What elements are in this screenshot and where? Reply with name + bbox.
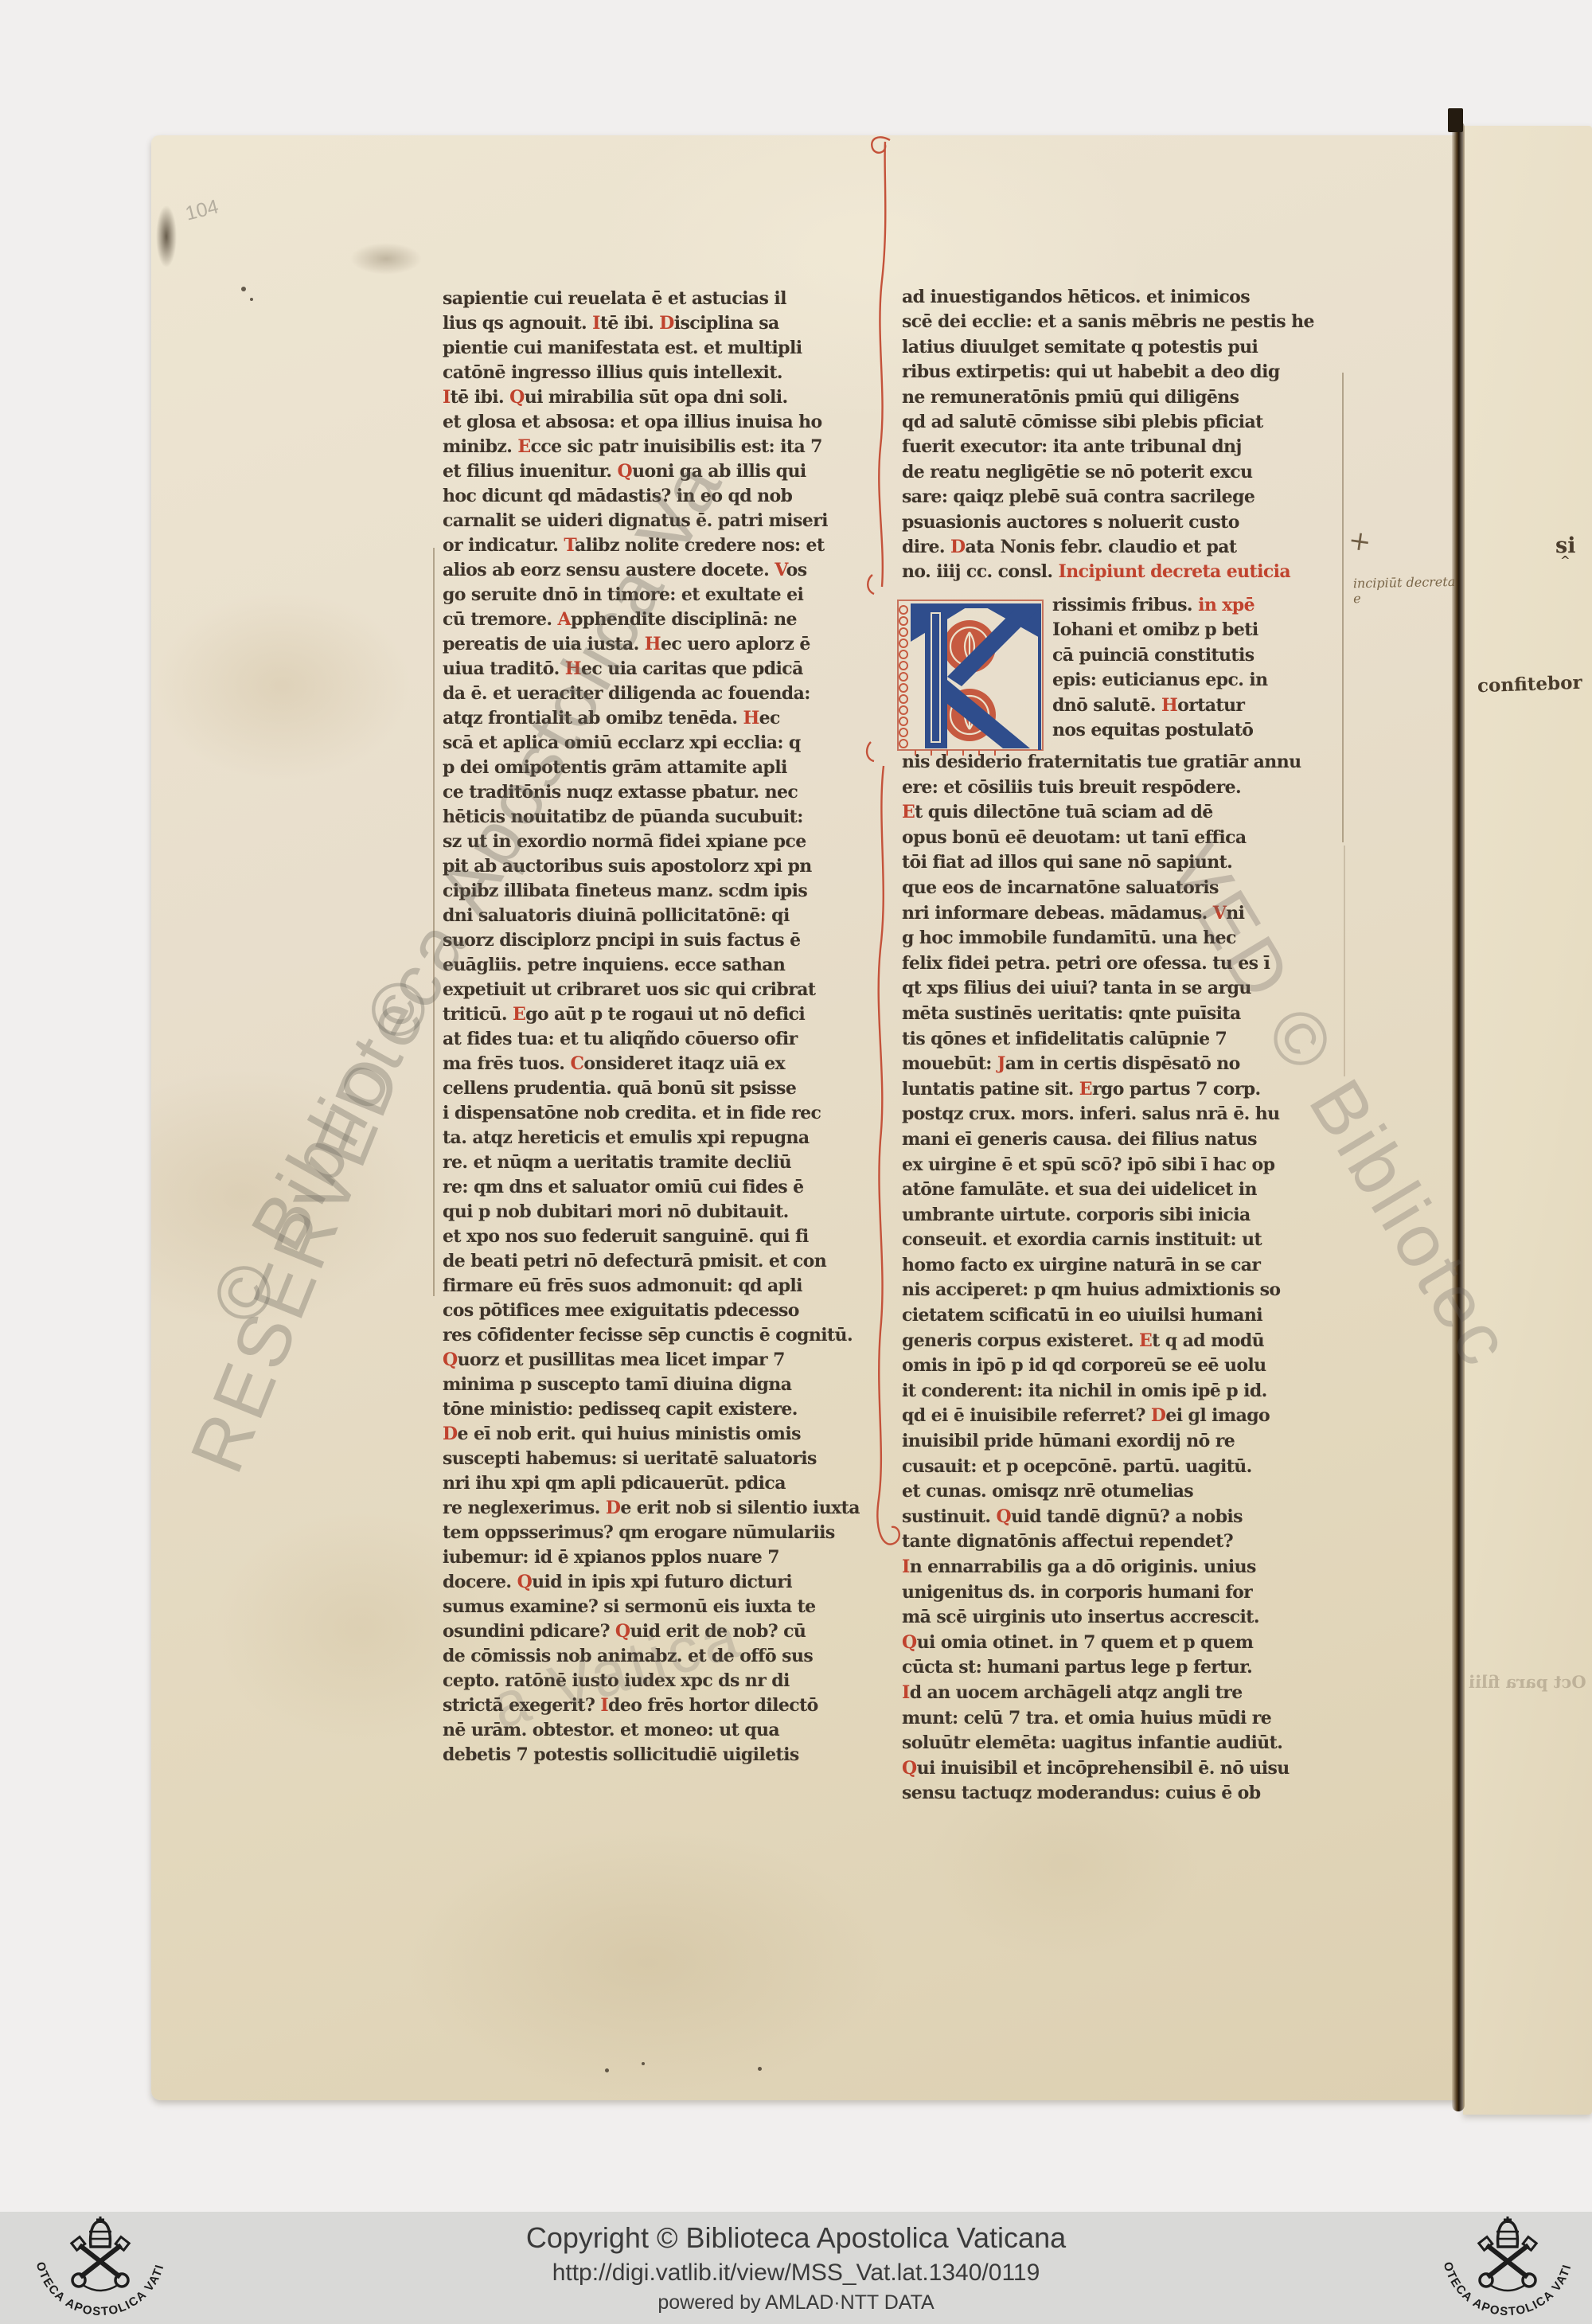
vatican-library-logo-left: [16, 2215, 185, 2322]
manuscript-text-line: ad inuestigandos hēticos. et inimicos: [902, 285, 1340, 310]
manuscript-text-line: sz ut in exordio normā fidei xpiane pce: [443, 830, 868, 854]
right-text-column-upper: ad inuestigandos hēticos. et inimicosscē…: [902, 285, 1340, 588]
manuscript-text-line: cellens prudentia. quā bonū sit psisse: [443, 1076, 868, 1101]
right-text-column-lower: nis desiderio fraternitatis tue gratiār …: [902, 750, 1340, 1817]
manuscript-text-line: or indicatur. Talibz nolite credere nos:…: [443, 533, 868, 558]
manuscript-text-line: alios ab eorz sensu austere docete. Vos: [443, 558, 868, 583]
manuscript-text-line: epis: euticianus epc. in: [1052, 668, 1336, 693]
manuscript-text-line: iubemur: id ē xpianos pplos nuare 7: [443, 1545, 868, 1570]
manuscript-text-line: tōne ministio: pedisseq capit existere.: [443, 1397, 868, 1422]
manuscript-text-line: nri ihu xpi qm apli pdicauerūt. pdica: [443, 1471, 868, 1496]
manuscript-text-line: umbrante uirtute. corporis sibi inicia: [902, 1203, 1340, 1228]
manuscript-text-line: et filius inuenitur. Quoni ga ab illis q…: [443, 459, 868, 484]
manuscript-text-line: ex uirgine ē et spū scō? ipō sibi ī hac …: [902, 1153, 1340, 1178]
manuscript-text-line: felix fidei petra. petri ore ofessa. tu …: [902, 951, 1340, 977]
manuscript-text-line: ta. atqz hereticis et emulis xpi repugna: [443, 1126, 868, 1150]
facing-folio-edge: [1463, 126, 1592, 2115]
manuscript-text-line: dnō salutē. Hortatur: [1052, 693, 1336, 718]
copyright-text: Copyright © Biblioteca Apostolica Vatica…: [526, 2221, 1066, 2255]
manuscript-text-line: psuasionis auctores s noluerit custo: [902, 510, 1340, 535]
manuscript-text-line: Qui inuisibil et incōprehensibil ē. nō u…: [902, 1756, 1340, 1782]
ink-speck: [758, 2067, 762, 2071]
manuscript-text-line: fuerit executor: ita ante tribunal dnj: [902, 435, 1340, 459]
manuscript-text-line: minibz. Ecce sic patr inuisibilis est: i…: [443, 435, 868, 459]
manuscript-text-line: de cōmissis nob animabz. et de offō sus: [443, 1644, 868, 1669]
manuscript-text-line: postqz crux. mors. inferi. salus nrā ē. …: [902, 1102, 1340, 1127]
manuscript-text-line: de reatu negligētie se nō poterit excu: [902, 460, 1340, 485]
manuscript-text-line: ce traditōnis nuqz extasse pbatur. nec: [443, 780, 868, 805]
manuscript-text-line: et glosa et absosa: et opa illius inuisa…: [443, 410, 868, 435]
manuscript-text-line: Qui omia otinet. in 7 quem et p quem: [902, 1631, 1340, 1656]
manuscript-text-line: ne remuneratōnis pmiū qui diligēns: [902, 385, 1340, 410]
manuscript-text-line: dni saluatoris diuinā pollicitatōnē: qi: [443, 904, 868, 928]
ink-speck: [642, 2062, 645, 2065]
manuscript-text-line: cā puinciā constitutis: [1052, 643, 1336, 668]
manuscript-text-line: scē dei ecclie: et a sanis mēbris ne pes…: [902, 310, 1340, 334]
manuscript-text-line: soluūtr elemēta: uagitus infantie audiūt…: [902, 1731, 1340, 1756]
digivatlib-scan-viewport: 104: [0, 0, 1592, 2324]
vatican-library-logo-right: [1423, 2215, 1592, 2322]
manuscript-text-line: no. iiij cc. consl. Incipiunt decreta eu…: [902, 560, 1340, 584]
manuscript-text-line: de beati petri nō defecturā pmisit. et c…: [443, 1249, 868, 1274]
manuscript-text-line: cietatem scificatū in eo uiuilsi humani: [902, 1303, 1340, 1329]
manuscript-text-line: it conderent: ita nichil in omis ipē p i…: [902, 1379, 1340, 1404]
manuscript-text-line: uiua traditō. Hec uia caritas que pdicā: [443, 657, 868, 682]
manuscript-text-line: re neglexerimus. De erit nob si silentio…: [443, 1496, 868, 1521]
manuscript-text-line: at fides tua: et tu aliqñdo cōuerso ofir: [443, 1027, 868, 1052]
manuscript-text-line: rissimis fribus. in xpē: [1052, 593, 1336, 618]
manuscript-text-line: opus bonū eē deuotam: ut tanī effica: [902, 826, 1340, 851]
manuscript-text-line: mā scē uirginis uto insertus accrescit.: [902, 1605, 1340, 1631]
ruling-line: [1344, 846, 1345, 1076]
ink-speck: [250, 298, 253, 301]
manuscript-text-line: unigenitus ds. in corporis humani for: [902, 1580, 1340, 1606]
manuscript-text-line: catōnē ingresso illius quis intellexit.: [443, 361, 868, 385]
manuscript-text-line: i dispensatōne nob credita. et in fide r…: [443, 1101, 868, 1126]
manuscript-text-line: cū tremore. Apphendite disciplinā: ne: [443, 607, 868, 632]
manuscript-text-line: Iohani et omibz p beti: [1052, 618, 1336, 643]
copyright-footer-bar: Copyright © Biblioteca Apostolica Vatica…: [0, 2212, 1592, 2324]
ruling-line: [433, 548, 435, 1296]
manuscript-text-line: hoc dicunt qd mādastis? in eo qd nob: [443, 484, 868, 509]
manuscript-text-line: suscepti habemus: si ueritatē saluatoris: [443, 1447, 868, 1471]
manuscript-text-line: et xpo nos suo federuit sanguinē. qui fi: [443, 1224, 868, 1249]
manuscript-text-line: tem oppsserimus? qm erogare nūmulariis: [443, 1521, 868, 1545]
manuscript-text-line: qui p nob dubitari mori nō dubitauit.: [443, 1200, 868, 1224]
stain: [350, 243, 422, 275]
manuscript-text-line: go seruite dnō in timore: et exultate ei: [443, 583, 868, 607]
manuscript-text-line: hēticis nouitatibz de pūanda sucubuit:: [443, 805, 868, 830]
powered-by-text: powered by AMLAD·NTT DATA: [657, 2291, 934, 2314]
manuscript-text-line: luntatis patine sit. Ergo partus 7 corp.: [902, 1077, 1340, 1103]
illuminated-initial-K: [896, 597, 1046, 756]
ruling-line: [1342, 373, 1344, 842]
manuscript-text-line: minima p suscepto tamī diuina digna: [443, 1373, 868, 1397]
manuscript-text-line: cusauit: et p ocepcōnē. partū. uagitū.: [902, 1455, 1340, 1480]
manuscript-text-line: tante dignatōnis affectui rependet?: [902, 1529, 1340, 1555]
manuscript-text-line: g hoc immobile fundamītū. una hec: [902, 926, 1340, 951]
manuscript-text-line: p dei omipotentis grām attamite apli: [443, 756, 868, 780]
manuscript-text-line: conseuit. et exordia carnis instituit: u…: [902, 1228, 1340, 1253]
manuscript-text-line: strictā exegerit? Ideo frēs hortor dilec…: [443, 1693, 868, 1718]
ink-speck: [241, 287, 246, 291]
manuscript-text-line: sustinuit. Quid tandē dignū? a nobis: [902, 1505, 1340, 1530]
manuscript-text-line: sumus examine? si sermonū eis iuxta te: [443, 1595, 868, 1619]
left-text-column: sapientie cui reuelata ē et astucias ill…: [443, 287, 868, 1771]
manuscript-text-line: suorz disciplorz pncipi in suis factus ē: [443, 928, 868, 953]
manuscript-text-line: atqz frontialit ab omibz tenēda. Hec: [443, 706, 868, 731]
manuscript-text-line: scā et aplica omiū ecclarz xpi ecclia: q: [443, 731, 868, 756]
manuscript-text-line: nis desiderio fraternitatis tue gratiār …: [902, 750, 1340, 775]
manuscript-text-line: latius diuulget semitate q potestis pui: [902, 335, 1340, 360]
manuscript-text-line: Id an uocem archāgeli atqz angli tre: [902, 1681, 1340, 1706]
manuscript-text-line: mouebūt: Jam in certis dispēsatō no: [902, 1052, 1340, 1077]
manuscript-text-line: tōi fiat ad illos qui sane nō sapiunt.: [902, 850, 1340, 876]
manuscript-text-line: sare: qaiqz plebē suā contra sacrilege: [902, 485, 1340, 510]
manuscript-text-line: tis qōnes et infidelitatis calūpnie 7: [902, 1027, 1340, 1053]
manuscript-text-line: De eī nob erit. qui huius ministis omis: [443, 1422, 868, 1447]
manuscript-text-line: inuisibil pride hūmani exordij nō re: [902, 1429, 1340, 1455]
manuscript-text-line: nri informare debeas. mādamus. Vni: [902, 901, 1340, 927]
manuscript-text-line: cepto. ratōnē iusto iudex xpc ds nr di: [443, 1669, 868, 1693]
manuscript-text-line: cūcta st: humani partus lege p fertur.: [902, 1655, 1340, 1681]
ink-speck: [605, 2068, 609, 2072]
manuscript-text-line: qd ad salutē cōmisse sibi plebis pficiat: [902, 410, 1340, 435]
manuscript-text-line: sensu tactuqz moderandus: cuius ē ob: [902, 1781, 1340, 1806]
manuscript-text-line: dire. Data Nonis febr. claudio et pat: [902, 535, 1340, 560]
manuscript-text-line: Itē ibi. Qui mirabilia sūt opa dni soli.: [443, 385, 868, 410]
gutter-fold: [1452, 121, 1465, 2111]
manuscript-text-line: lius qs agnouit. Itē ibi. Disciplina sa: [443, 311, 868, 336]
ink-smudge: [156, 205, 177, 268]
manuscript-text-line: qd ei ē inuisibile referret? Dei gl imag…: [902, 1404, 1340, 1429]
manuscript-text-line: res cōfidenter fecisse sēp cunctis ē cog…: [443, 1323, 868, 1348]
manuscript-text-line: debetis 7 potestis sollicitudiē uigileti…: [443, 1743, 868, 1767]
manuscript-text-line: osundini pdicare? Quid erit de nob? cū: [443, 1619, 868, 1644]
manuscript-text-line: mēta sustinēs ueritatis: qnte puīsita: [902, 1002, 1340, 1027]
right-text-column-beside-initial: rissimis fribus. in xpēIohani et omibz p…: [1052, 593, 1336, 746]
manuscript-text-line: docere. Quid in ipis xpi futuro dicturi: [443, 1570, 868, 1595]
manuscript-text-line: euāgliis. petre inquiens. ecce sathan: [443, 953, 868, 978]
manuscript-text-line: que eos de incarnatōne saluatoris: [902, 876, 1340, 901]
manuscript-text-line: sapientie cui reuelata ē et astucias il: [443, 287, 868, 311]
manuscript-text-line: nos equitas postulatō: [1052, 718, 1336, 743]
manuscript-text-line: pit ab auctoribus suis apostolorz xpi pn: [443, 854, 868, 879]
manuscript-text-line: Et quis dilectōne tuā sciam ad dē: [902, 800, 1340, 826]
manuscript-text-line: ma frēs tuos. Consideret itaqz uiā ex: [443, 1052, 868, 1076]
manuscript-text-line: munt: celū 7 tra. et omia huius mūdi re: [902, 1706, 1340, 1732]
marginal-cross-mark: +: [1346, 524, 1373, 559]
manuscript-text-line: homo facto ex uirgine naturā in se car: [902, 1253, 1340, 1279]
showthrough-text: Oct para filii: [1469, 1672, 1586, 1692]
manuscript-text-line: In ennarrabilis ga a dō originis. unius: [902, 1555, 1340, 1580]
manuscript-text-line: qt xps filius dei uiui? tanta in se argu: [902, 976, 1340, 1002]
manuscript-text-line: expetiuit ut cribraret uos sic qui cribr…: [443, 978, 868, 1002]
manuscript-text-line: mani eī generis causa. dei filius natus: [902, 1127, 1340, 1153]
manuscript-text-line: re. et nūqm a ueritatis tramite decliū: [443, 1150, 868, 1175]
marginal-gloss: incipiūt decreta e: [1353, 574, 1465, 606]
manuscript-text-line: et cunas. omisqz nrē otumelias: [902, 1479, 1340, 1505]
manuscript-text-line: cos pōtifices mee exiguitatis pdecesso: [443, 1299, 868, 1323]
manuscript-text-line: ribus extirpetis: qui ut habebit a deo d…: [902, 360, 1340, 385]
manuscript-text-line: triticū. Ego aūt p te rogaui ut nō defic…: [443, 1002, 868, 1027]
binding-tab: [1448, 108, 1463, 132]
manuscript-text-line: re: qm dns et saluator omiū cui fides ē: [443, 1175, 868, 1200]
manuscript-text-line: nē urām. obtestor. et moneo: ut qua: [443, 1718, 868, 1743]
manuscript-text-line: ere: et cōsiliis tuis breuit respōdere.: [902, 775, 1340, 801]
manuscript-text-line: da ē. et ueraciter diligenda ac fouenda:: [443, 682, 868, 706]
manuscript-text-line: Quorz et pusillitas mea licet impar 7: [443, 1348, 868, 1373]
manuscript-text-line: cipibz illibata fineteus manz. scdm ipis: [443, 879, 868, 904]
facing-page-catchword: si ^: [1555, 533, 1575, 568]
manuscript-text-line: atōne famulāte. et sua dei uidelicet in: [902, 1178, 1340, 1203]
manuscript-text-line: firmare eū frēs suos admonuit: qd apli: [443, 1274, 868, 1299]
manuscript-text-line: omis in ipō p id qd corporeū se eē uolu: [902, 1353, 1340, 1379]
manuscript-text-line: pereatis de uia iusta. Hec uero aplorz ē: [443, 632, 868, 657]
manuscript-text-line: pientie cui manifestata est. et multipli: [443, 336, 868, 361]
facing-page-note: confitebor: [1477, 672, 1582, 697]
manuscript-text-line: nis acciperet: p qm huius admixtionis so: [902, 1278, 1340, 1303]
manuscript-url: http://digi.vatlib.it/view/MSS_Vat.lat.1…: [552, 2260, 1040, 2287]
manuscript-text-line: generis corpus existeret. Et q ad modū: [902, 1329, 1340, 1354]
manuscript-text-line: carnalit se uideri dignatus ē. patri mis…: [443, 509, 868, 533]
